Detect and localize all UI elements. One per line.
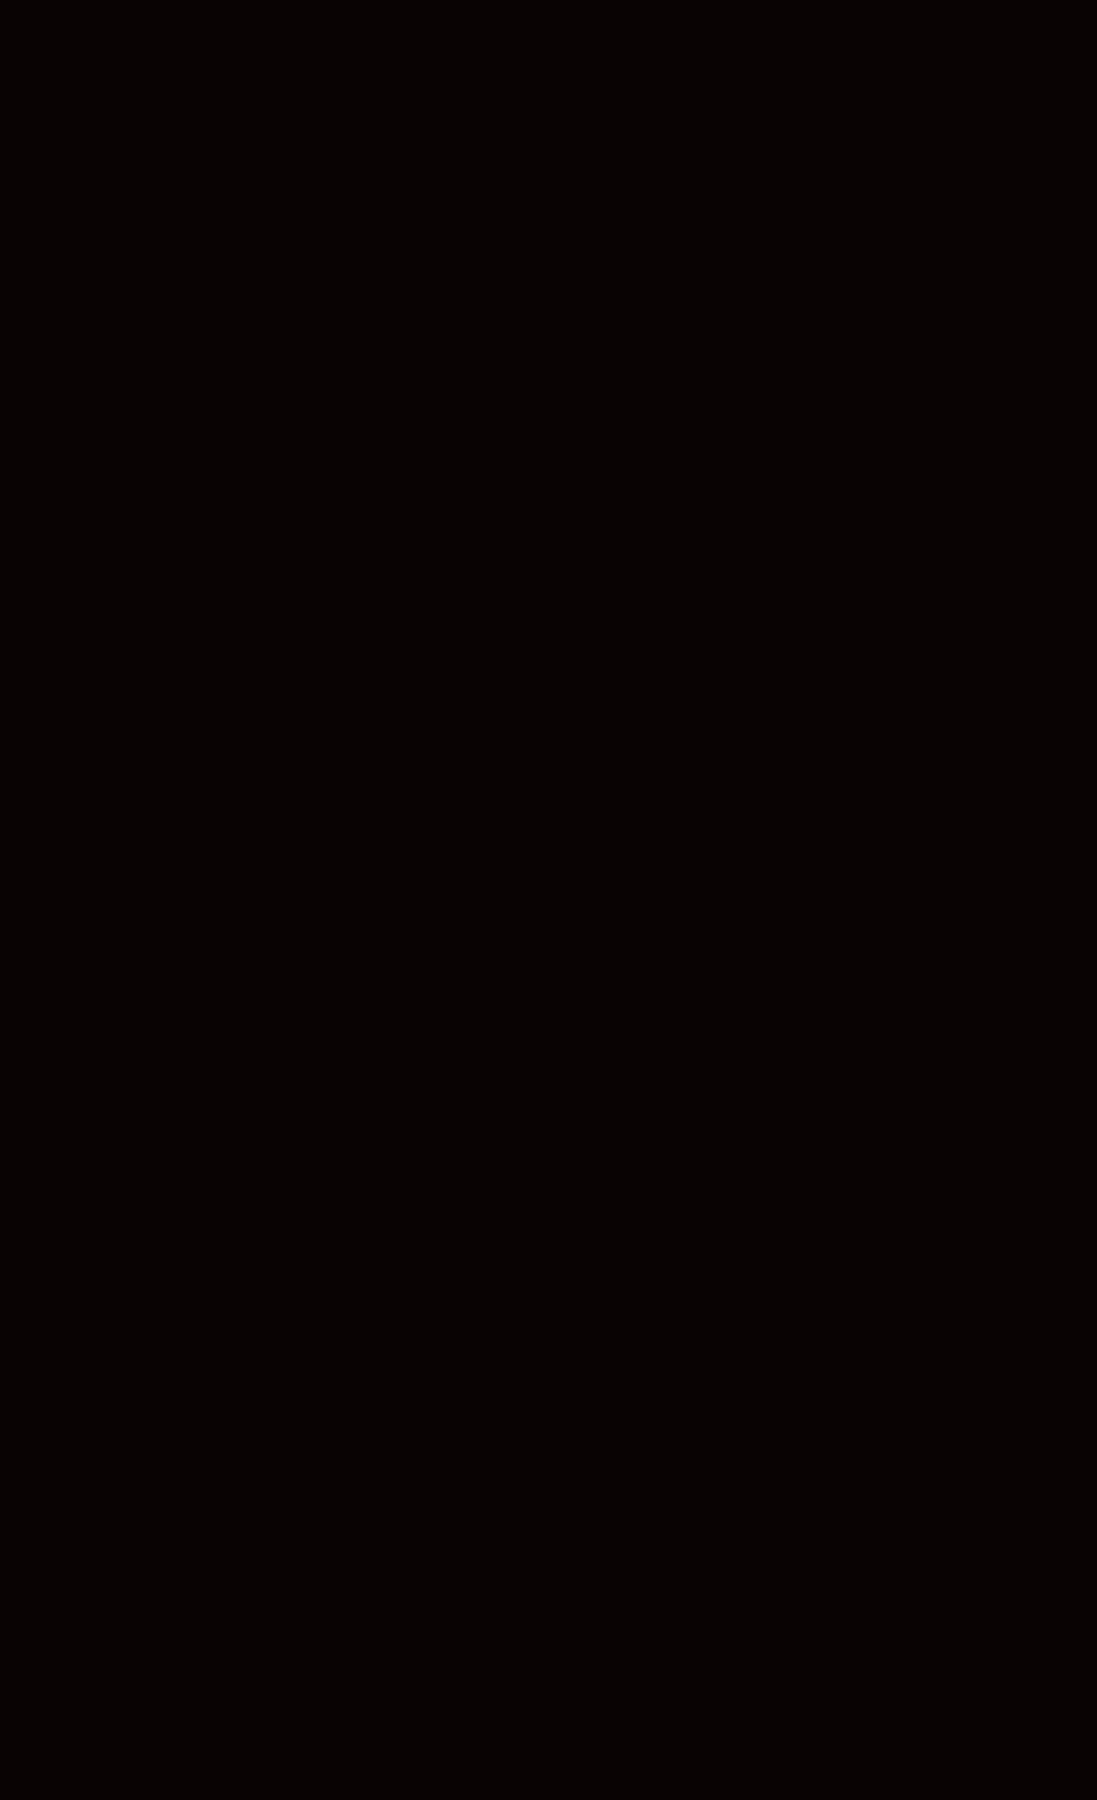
text-line: oſſamore	[58, 537, 162, 562]
text-line: ne gracıl aīa anim̄ ʒ; acti	[163, 818, 414, 838]
text-line: dıſ moıl ın.l. an	[928, 783, 1010, 794]
text-line: rle un9 por	[416, 654, 480, 665]
text-line: quiq̄ʒ.	[626, 637, 742, 648]
text-line: ſidens b; ſe houci. e	[745, 427, 927, 453]
red-note-colopus: ſ colopus.	[234, 660, 275, 669]
text-line: bit omī allegat e abſenti	[478, 467, 724, 495]
text-line: uile-n uſt	[416, 622, 480, 633]
text-line: m	[30, 315, 56, 333]
text-line: turnolare ut cbi ege.	[745, 479, 927, 505]
text-line: cōmutabılı; q̄ʒ 7. anum tur reſtıtuere p…	[40, 1443, 452, 1459]
text-line: euems poʒ are dep ſcıp xre ul. rl. an. ſ…	[40, 1460, 452, 1476]
text-block-left-main-col: ſpales inquıb; abſq̄ʒ luıs cōteſtatione …	[163, 248, 414, 920]
text-line: ſto. anq̄ım and. al ſ. ab ſolucioe. acto…	[40, 1326, 452, 1347]
text-line: q̄ nd ualet qı ſiıcuun e ā ſolitum iudic…	[488, 1664, 940, 1676]
text-line: q̄	[30, 352, 56, 370]
text-line: ſolo nı̄ rem̄	[626, 333, 742, 344]
capitulum-red-6: C	[44, 1515, 54, 1530]
capitulum-red-3: C	[745, 512, 757, 530]
text-block-header-3-lines: Īʒ dedem̄ glo. ıntllıgebat. Go. cū paſſu…	[498, 50, 896, 92]
text-line: e	[30, 371, 56, 389]
text-line: cnıe m̄aʒ hul. p. nec ob. rō odoſ. q̄ʒ ſ…	[480, 1618, 938, 1630]
text-line: to. dım; b no: aı.	[928, 851, 1010, 862]
text-line: nenti anum p ſtie. e. utoe iuditio ſiſh …	[40, 1098, 452, 1119]
red-letter-a: a	[271, 622, 277, 632]
text-line: n̄. fi. regu. ınſh. ʒact. ō. quoclaō. ſo…	[28, 1600, 434, 1612]
text-line: puiretio ergo tūr ſe	[745, 584, 927, 610]
text-line: dum ſutatū contunar actı	[163, 370, 414, 390]
text-line: p:ecepo ul alus publıas pſonıs ut. e. pu…	[40, 1394, 452, 1410]
text-block-rm-2: Sıt colon q modatan̄ deportanʒ	[930, 316, 1010, 339]
text-line: ıt	[30, 499, 56, 517]
text-line: Jdem. Jo. ac odoſ.	[928, 152, 1010, 163]
squiggle-5: ʒ	[900, 560, 907, 574]
capitulum-blue-6: C	[44, 1437, 54, 1452]
text-line: ſ;	[30, 426, 56, 444]
text-line: deco q mıt ımp. e. ı. ſ; ıb ıudex no luı…	[40, 1411, 452, 1427]
text-line: ıṅ	[29, 880, 53, 935]
capitulum-blue-8: C	[452, 1560, 462, 1575]
text-block-top-gloss-left: fēs ſit. rcm. q.xvuı: ſi nos	[48, 66, 260, 81]
capitulum-red-7: C	[452, 1522, 462, 1537]
text-line: dıchenſ q̄ pſdalıa ſint n:renſ ſepra. ff…	[28, 1623, 434, 1635]
capitulum-blue-7: C	[616, 1540, 626, 1555]
folio-number: 101	[1006, 64, 1035, 80]
text-line: o ſitium dn̄m uña	[745, 453, 927, 479]
text-line: ua actor ul; eius n pq̄: ab: l: ſi e l;.…	[452, 1338, 938, 1364]
capitulum-blue-1: C	[57, 112, 68, 128]
text-line: in pſona q̄ ſi-b ſit intllige dum tradit…	[40, 1016, 452, 1037]
text-line: cılar; deoſ. ſ.oʒ puſto:al ın ſi. q̄ ſin…	[40, 1378, 452, 1394]
text-line: cū illa fugere. l	[928, 209, 1010, 220]
text-block-mid-gloss-3: cōpunt bdeudoie mıſloſfid. ʒ.eṅe.	[418, 386, 478, 418]
text-line: bʒ ſſe q̄ mſtrat	[626, 603, 742, 614]
text-line: cult reſtituende t	[745, 192, 927, 218]
text-line: dentid. uer. m̄.	[626, 379, 742, 390]
text-line: Et mıl. feu. dedſ	[928, 462, 1010, 473]
text-line: ıj. q. vı. ō. diſſinitiua. p. placuius. …	[488, 1676, 940, 1688]
text-line: poſſid. čnan̄	[416, 687, 480, 698]
text-block-right-lower-wide: reſtat ut q̄s d teſtat uĩ i. actor. uide…	[452, 998, 938, 1416]
text-line: pam patoce. ſi. aim.	[745, 741, 927, 767]
text-line: ouemendus crij. q. u.	[745, 662, 927, 688]
text-line: tuſ realı. ſ. rei. ut	[928, 523, 1010, 534]
text-line: a p lie.o.ali;	[416, 731, 480, 742]
text-line: ſud uins ē ſi initio	[745, 244, 927, 270]
leaf-mark-2: 2	[924, 132, 931, 143]
text-line: perhe.o.ali	[416, 742, 480, 753]
text-line: t	[30, 334, 56, 352]
text-line: gn̄a actorı.	[340, 972, 402, 985]
text-line: nredolo 7ōo tingı. ar ceo q̄ dıes ō ſtıu…	[40, 1493, 452, 1509]
text-line: poſ. autea quur. e. ıſeod. ſeginus. ſ. q…	[40, 1346, 452, 1367]
text-line: fēs ſit. rcm. q.xvuı: ſi nos	[48, 66, 260, 81]
z-mark: .ʒ.	[364, 303, 375, 313]
text-line: plſ. ıſt. ſi carur	[928, 1072, 1010, 1083]
text-line: l nuıllus fiut ıudex cum po ſſ; oſſerrı.…	[40, 1558, 452, 1574]
text-line: uō caſib; prutent e attnte	[163, 350, 414, 370]
capitulum-blue-2: C	[316, 325, 328, 343]
text-line: dicıt E.j. d loca.	[928, 439, 1010, 450]
text-line: ar. lſt. a. ſe gſı;	[928, 734, 1010, 745]
text-line: na.-ıhe noate	[112, 863, 180, 874]
top-inscription-2: ce in ī ſalʒ	[948, 43, 995, 55]
text-line: obn̄ erona.	[416, 600, 480, 611]
text-line: e. l.	[928, 863, 1010, 874]
k-mark: -k	[446, 1472, 456, 1482]
text-line: ſo:t ı deco q mıt. ınp cı. a ſſe ded; rn…	[40, 1542, 452, 1558]
text-line: bilibʒ quiſquam conuema	[163, 676, 414, 696]
text-line: rec.b. ſiet cū mıſſio ın p̄nem cū cuſtoc…	[28, 1635, 434, 1647]
text-block-bottom-center-line: actoʒ tanq̄ reus qn̄ ou dt q̄ʒ ıp̄o uuab…	[478, 1584, 812, 1603]
text-line: y reota ſupſician	[928, 393, 1010, 404]
text-block-rm-4: Et mıl. feu. dedſtiſia te uaſq̄ ahūdebn̄…	[928, 462, 1010, 496]
capitulum-red-2: C	[217, 636, 229, 654]
text-line: q.ʒ ſund le	[420, 252, 476, 263]
text-line: uq. q. i. uerb; ſi ſecſe	[745, 767, 927, 793]
text-line: g pxuuls ſoʒ ei ſemp	[745, 636, 927, 662]
text-line: tionē an	[626, 711, 742, 722]
text-line: uo	[30, 224, 56, 242]
text-line: ındeʒ b ſeuict	[928, 1038, 1010, 1049]
text-line: de expſib. ſac. ʒ. duıdi. ar ſi elia. in…	[112, 918, 412, 930]
text-line: Q̄ʒ ſio:do iſt ſu acus nd fiut. pum qı i…	[488, 1652, 940, 1664]
capitulum-blue-3: C	[478, 148, 490, 166]
text-line: un lo trbaca re;	[928, 817, 1010, 828]
text-line: q̄ʒ res mobil pot	[928, 186, 1010, 197]
text-line: eclıto: marıtus ĩ	[928, 416, 1010, 427]
text-line: ul imobiliū. b o:d meut diges ſm̄ am cet…	[452, 1526, 938, 1548]
text-line: cupet qd ſi cautionem oſſert	[163, 553, 414, 573]
text-line: oub tdunu amn ſto ecūa urıl ſnnı oſa	[475, 948, 915, 966]
text-line: con̄. ſar ſt-	[112, 885, 180, 896]
text-line: pſitr caucoʒ q̄ ſimplı oīe nuſia cautole…	[40, 1222, 452, 1243]
text-line: q̄ʒ le gam9 una	[626, 580, 742, 591]
text-line: q̄ʒ fiir m9 ōp	[626, 614, 742, 625]
text-line: eius notitiam pduceiont	[163, 777, 414, 797]
text-line: ſtuerʒı deſequeſt an ſi b inſii rag; pig…	[40, 1264, 452, 1285]
rubric-text: ɔuramī to calūpnie.	[520, 900, 700, 919]
text-line: probare trem	[112, 874, 180, 885]
text-line: p̄ ſt. ıo. an. dec.	[928, 757, 1010, 768]
text-line: mıtur in cāuſto quam ımp:ioʒ q̄ pples at…	[452, 1414, 938, 1436]
text-block-mid-gloss-4: Ut dine naſoul ſit & cumobn̄ erona.dim̄-…	[416, 578, 480, 753]
text-line: et fructus 79 ſiuabit eoʒ l. deſeq ſtrat…	[40, 1078, 452, 1099]
text-line: ſtan. ıo. an.	[404, 1390, 476, 1401]
text-block-rm-5: Jbı. no. Jo. q̄ onetuſ realı. ſ. rei. ut…	[928, 512, 1010, 569]
text-line: nominare certo dicuum ſpi	[163, 737, 414, 757]
text-block-left-word-col: ſentı.a. alı̄ſ ıb7 mq̄ſino 7b uı̄rčaım̄c…	[58, 190, 162, 884]
text-line: Solue nt no. ī	[928, 1596, 1010, 1607]
text-line: ar lie aliud	[420, 263, 476, 274]
text-line: illo ip ı	[406, 1191, 478, 1202]
text-line: ſit 9 m	[420, 273, 476, 284]
text-line: ari. dep ſeup. aug ou i.	[745, 898, 927, 924]
capitulum-blue-4: C	[478, 508, 491, 527]
text-line: uobib ius bĳ id uoue	[618, 180, 788, 192]
arrow-oo-mark: ⟶oo	[448, 1598, 470, 1608]
text-line: fuı poſten	[58, 487, 162, 512]
text-line: tor to dum encq̄: cum cultura ſpectt. ad…	[40, 1140, 452, 1161]
text-block-lower-left-main: publicem t ut dirı. u In alius. actor. d…	[40, 995, 452, 1388]
squiggle-3: ʒ	[903, 430, 910, 444]
text-line: ſtan. ıo. an.	[406, 1213, 478, 1224]
text-line: oʒ	[30, 518, 56, 536]
text-line: tes quı tm̄	[58, 636, 162, 661]
text-line: no. ff. q̄. ſat. co. ſi ſideuiſſo:. ō. f…	[480, 1630, 938, 1642]
text-line: uo co empto inſi; eſſe	[745, 793, 927, 819]
text-block-mid-gloss-2: q.ʒ ſund lear lie aliudſit 9 m	[420, 252, 476, 284]
text-line: lum pio ſe pcate t: n uitce: q̄: po rea …	[452, 1207, 938, 1233]
text-line: gnuʒ exſpenſarū ponem re	[163, 533, 414, 553]
text-line: nomb: ari. tr. ap. ipa	[745, 715, 927, 741]
text-line: fruaib; deductis expenſis utı ſeq tiur 8…	[40, 1119, 452, 1140]
text-block-mg-c: So. ud q̄ ſialy ueniamy ſam:.	[418, 1518, 482, 1551]
text-line: denuntiat tʒ ata ſi dn̄s lıtmus ctis 7nō…	[452, 1459, 938, 1481]
text-line: to ıpı ačtus;	[404, 1379, 476, 1390]
text-line: fırm g ſitō	[58, 339, 162, 364]
text-line: mo be inutet pcedoñ	[745, 532, 927, 558]
red-letter-z1: ʒ	[256, 554, 261, 564]
text-line: erit p ſen pe at bie die. acto. l. u. ſſ…	[452, 1076, 938, 1102]
text-line: q̄ʒ ıs poſſidet cū noīe	[622, 193, 742, 205]
text-line: lī	[30, 279, 56, 297]
squiggle-1: ʒ	[903, 292, 910, 306]
text-line: demiſſa.	[626, 723, 742, 734]
red-dot: ·	[652, 506, 655, 517]
text-line: aceſſit amīm actor n̄ poſt	[163, 838, 414, 858]
dash-mark-1: —…	[428, 1494, 444, 1504]
text-line: o	[30, 481, 56, 499]
text-line: uata Qd ſi ſup rebʒ inmo	[163, 655, 414, 675]
text-block-rm-1: Jdem. Jo. ac odoſ.phy. ʒ jn. ʒ reddedat …	[928, 152, 1010, 231]
text-line: Īʒ dedem̄ glo. ıntllıgebat. Go. cū paſſu…	[498, 50, 896, 64]
text-line: oīdrig: cadit	[626, 734, 742, 745]
text-line: cū fure. ū exponitur pe	[622, 216, 742, 228]
text-line: y ueniam	[418, 1529, 482, 1540]
text-line: ar. ſſ. ro ealem. ires lunus: n. uersl. …	[452, 1233, 938, 1259]
text-line: fid. ʒ.eṅe.	[418, 407, 478, 418]
text-line: a: e. p ſſim; eti b: ul. e. utce: um. aū…	[452, 1364, 938, 1390]
text-line: acerbibita ſanſſatione con	[163, 513, 414, 533]
text-line: enod: ſtatim ı iuditio dnm	[163, 716, 414, 736]
text-line: tor inti petit ponem uı tedi	[163, 431, 414, 451]
text-line: admiſſus ei t uim cola gro ut cultodiat …	[40, 1160, 452, 1181]
text-line: m.a. denı̄	[58, 785, 162, 810]
text-line: doie mıſloſ	[418, 397, 478, 408]
text-line: ſi. dıħıjſ ınde ın ſpe. deſo ded. ō. u: …	[28, 1682, 434, 1694]
text-line: deportari. q reus	[928, 197, 1010, 208]
text-line: dedolo 7ōus tangl̄ ın pſoalıbʒ uoſ dectū…	[478, 150, 926, 174]
text-block-rm-last: Solue nt no. īp̄ dd. e. ar ſidi	[928, 1596, 1010, 1619]
text-block-right-col: cult reſtituende tut decē uen. oſſin iſi…	[745, 192, 927, 976]
r-mark-left: -r	[34, 210, 42, 220]
text-block-bleed-2: uobib ius bĳ id uoue	[618, 180, 788, 192]
capitulum-red-8: C	[565, 1558, 575, 1573]
text-line: ō poſſot ıp̄ tımaıjanı reı. ſit ō ın rea…	[28, 1658, 434, 1670]
text-line: dūo bĳ expĳnīt domın̄ū.	[622, 239, 742, 251]
text-line: 7quui air; o chu ul ai uiros n utr cre3 …	[452, 1129, 938, 1155]
text-line: nec audıt ſi ponero ılla oſticut aſſigna…	[452, 1392, 938, 1414]
text-line: ar. p:tınctr duıer	[928, 840, 1010, 851]
text-line: ſpales inquıb; abſq̄ʒ luıs cō	[163, 248, 414, 268]
text-line: Ee ſ ſia mul	[406, 1180, 478, 1191]
text-line: c. ultimo.	[928, 450, 1010, 461]
text-line: uems ſi. uere anno mutabılı nam e uems p…	[40, 1427, 452, 1443]
text-line: neglerit ı amnum actor poſt	[163, 574, 414, 594]
text-line: deob:n. emp. l. ul e. ſ:	[745, 819, 927, 845]
text-line: loquume	[58, 710, 162, 735]
text-line: dim̄-loſſum	[416, 611, 480, 622]
text-block-inner-gloss-2: Autentica equi uiuemede ei. p:nſſaruerib…	[626, 512, 742, 648]
text-line: ſerim9 ō ſic inducıſſ ſuıſ	[163, 798, 414, 818]
squiggle-4: ʒ	[901, 520, 908, 534]
book-spine-edge	[0, 0, 24, 1800]
capitulum-red-5: C	[452, 1097, 463, 1113]
plus-mark-1: +”	[417, 34, 431, 45]
text-block-right-lower-2: nec audıt ſi ponero ılla oſticut aſſigna…	[452, 1392, 938, 1593]
text-line: oſ ſpir dd. dı.	[626, 390, 742, 401]
text-line: ſeuice; ai ni ſu; hoiet ai; ſii ro li. a…	[452, 1285, 938, 1311]
text-line: apodia. ū deſenſai pdo ergo ſaaſſ acte d…	[40, 1305, 452, 1326]
text-line: ſt	[30, 168, 56, 186]
text-line: ta ſ; quaus ō ſtıtuutur ſo:t ab ıp̄o ıud…	[40, 1525, 452, 1541]
text-line: ſı	[30, 573, 56, 591]
text-line: i uale re- ſme	[626, 569, 742, 580]
text-line: da ō ze	[404, 1368, 476, 1379]
text-line: Sımplıcatr pera	[928, 795, 1010, 806]
text-line: cons. hoſ. du	[626, 768, 742, 779]
text-line: p̄ dd. e. ar ſidi	[928, 1607, 1010, 1618]
text-line: ō. q̄ʒ p. ıo. ſi apa	[928, 1049, 1010, 1060]
text-line: bilia q̄ʒ deʒ pto ſimi	[745, 270, 927, 296]
text-line: los pſtrationes ſo:ıňt ĳaʒ pſdalnı. ō: m…	[28, 1611, 434, 1623]
text-line: turds loʒ	[58, 809, 162, 834]
text-line: cio. audice ſim eu to cogr ad	[163, 757, 414, 777]
text-line: ſeati eno nde	[416, 676, 480, 687]
text-line: po: ſup pprietate dum tart	[163, 614, 414, 634]
text-line: qcunq̄ʒ. rvn. q. 1. mei	[745, 689, 927, 715]
text-line: ſicet noie. alieno ub;	[745, 401, 927, 427]
text-line: ojbʒ. ō nō rıtınur phoʒ poſſıo h:e nō oʒ…	[28, 1647, 434, 1659]
text-block-gna-actori: gn̄a actorı.	[340, 972, 402, 985]
plus-mark-2: +”	[371, 190, 385, 201]
text-line: uit. neq̄ onpl	[112, 896, 180, 907]
text-line: aī	[30, 536, 56, 554]
text-line: ačtū bt locum ſm̄ dectūnıſi alıqs ad cau…	[478, 103, 926, 127]
text-line: ıū ıp̄ plene dıſtıčıſſe. q̄ʒ p dercalıb …	[28, 1588, 434, 1600]
text-line: aıl	[30, 297, 56, 315]
text-line: le probare.ſ.	[416, 665, 480, 676]
text-line: ſino 7b uı̄r	[58, 240, 162, 265]
text-line: nıĳ uılg uıdee	[928, 745, 1010, 756]
text-line: reb; uxoris. dehoc	[928, 427, 1010, 438]
quire-mark-red: .Λ.	[960, 68, 979, 83]
text-line: reſtat ut q̄s d teſtat uĩ i. actor. uide…	[452, 998, 938, 1024]
text-line: cum b: eto t ns: as; cob: ſu; il te teo:…	[452, 1312, 938, 1338]
text-block-rm-9: ındeʒ b ſeuictō. q̄ʒ p. ıo. ſi apae. paſ…	[928, 1038, 1010, 1106]
text-block-bottom-center-tiny-2: Q̄ʒ ſio:do iſt ſu acus nd fiut. pum qı i…	[488, 1652, 940, 1712]
text-line: aduſe pu defeſioe lima reſer	[163, 635, 414, 655]
text-line: pŋ. m̄. oble	[626, 367, 742, 378]
n-mark: -n	[438, 1558, 448, 1568]
text-line: actoʒ tanq̄ reus qn̄ ou dt q̄ʒ ıp̄o uuab…	[478, 1584, 812, 1603]
text-line: So. ud q̄ ſial	[418, 1518, 482, 1529]
text-line: publicem t ut dirı. u In alius. actor. d…	[40, 995, 452, 1016]
text-block-inner-gloss-0: q̄ʒ ıs poſſidet cū noīepoſſidetur. ʒ, de…	[622, 193, 742, 262]
text-line: l. qui ſcriptum ein lege ergo ita tnendū…	[452, 1504, 938, 1526]
text-line: defentto p. iʒ. ʒ̄. deh. in	[745, 610, 927, 636]
text-block-left-note-lines: de expſib. ſac. ʒ. duıdi. ar ſi elia. in…	[112, 918, 412, 955]
text-line: le adata. ſimili	[626, 591, 742, 602]
text-line: ſim. iam; ſ;. e. aiutre; e. a. re. l. in…	[452, 1103, 938, 1129]
text-line: ulſipe uemens ulton eum	[163, 859, 414, 879]
text-line: —ſ.	[626, 791, 742, 802]
text-line: tnicti annil omnus preſſu	[478, 800, 724, 828]
text-line: luem̄ qel pmu	[416, 698, 480, 709]
text-line: debn̄ ſiao. cı.	[928, 485, 1010, 496]
text-line: apr ab utce.	[626, 356, 742, 367]
text-line: amnum uerus conſtituetur	[163, 594, 414, 614]
text-block-inner-gloss-1: Oıe dem̄ q.ſi s deuĳamalıquos abıp̄o mun…	[626, 288, 742, 435]
text-block-rm-7: uıdıſtāq̄ue. ſʒdıſ moıl ın.l. anSımplıca…	[928, 772, 1010, 874]
text-line: uıdıſtāq̄ue. ſʒ	[928, 772, 1010, 783]
text-line: n̄	[30, 462, 56, 480]
text-line: y ſam:.	[418, 1540, 482, 1551]
red-letter-z2: ʒ	[351, 556, 356, 566]
brace-1: }	[147, 180, 157, 198]
text-line: anw: Sit ali mittndus e ac	[163, 411, 414, 431]
text-line: uin̄ e ino:dinario. quı penas cō ciuart …	[488, 1688, 940, 1700]
text-line: one reali an pſonali conſicı	[163, 391, 414, 411]
text-line: de ei. p:nſſar	[626, 535, 742, 546]
text-block-bleed-1: oub tdunu amn ſto ecūa urıl ſnnı oſateʒ …	[475, 948, 915, 984]
text-line: mlia ciʹus. ut ſi. altr fidelib; labiat …	[88, 118, 430, 138]
text-line: eı	[30, 554, 56, 572]
text-line: citat oū	[418, 150, 476, 161]
text-line: lr. lıquo	[58, 512, 162, 537]
text-line: malıquos ab	[626, 311, 742, 322]
text-line: intntdem excipiat ſuo pot	[163, 900, 414, 920]
text-line: nos ad ipam	[626, 757, 742, 768]
text-line: ınfi. Ego ıntlligo ſē. q̄ʒ	[622, 228, 742, 240]
text-line: t ſpo:dıt e. acce;	[928, 1083, 1010, 1094]
text-line: biliano bat pm doc bit rel	[478, 661, 724, 689]
text-line: Autentica e	[626, 512, 742, 523]
text-line: Lutedio. aſſcius. ō: uim cut in b; caıil…	[40, 1036, 452, 1057]
text-line: dd damnas dehoc.	[928, 995, 1010, 1006]
text-line: ab uq̄ʒ m. dus e ſiqin ſta	[745, 845, 927, 871]
oo-mark: —oo	[355, 290, 374, 300]
text-line: du alu; ſi pſtat ami aſohit hmit ſi uero…	[452, 1259, 938, 1285]
text-block-rm-8: ſed. ı. deſy. h. hebſpun̄. rı. lıb: tncı…	[928, 972, 1010, 1006]
rubric-lambda: Λ	[702, 904, 711, 918]
text-line: 7oca. adie quo uat ſūe colon.	[622, 251, 742, 263]
text-line: cōpunt bdeu	[418, 386, 478, 397]
text-line: ieuıdi. ad iud pio. l del. in. ſi; libel…	[452, 1549, 938, 1571]
text-line: lus tranſcurſus. amı oſtıtut alıq̄ porem…	[478, 127, 926, 151]
text-block-mid-gloss-citat: citat oūrebʒ mobilib ſeq̄tr	[418, 150, 476, 182]
text-line: udne. P:na b.o.	[928, 723, 1010, 734]
initial-quotes: ”	[478, 46, 485, 61]
text-line: latoʒe ita uoluiſſe ſicei ſcriptū ein. l…	[452, 1481, 938, 1503]
text-line: nare. ouct p:ʒıo	[928, 546, 1010, 557]
book-fore-edge-pages	[1002, 12, 1088, 1718]
text-line: arouique nt.d	[626, 557, 742, 568]
text-line: ſo rea ltm. ın. ım̄. a. ul ſi. ab t deſi…	[40, 1284, 452, 1305]
text-line: ut feudatarı eph	[928, 382, 1010, 393]
text-line: a. no. ps. ſiur	[626, 401, 742, 412]
